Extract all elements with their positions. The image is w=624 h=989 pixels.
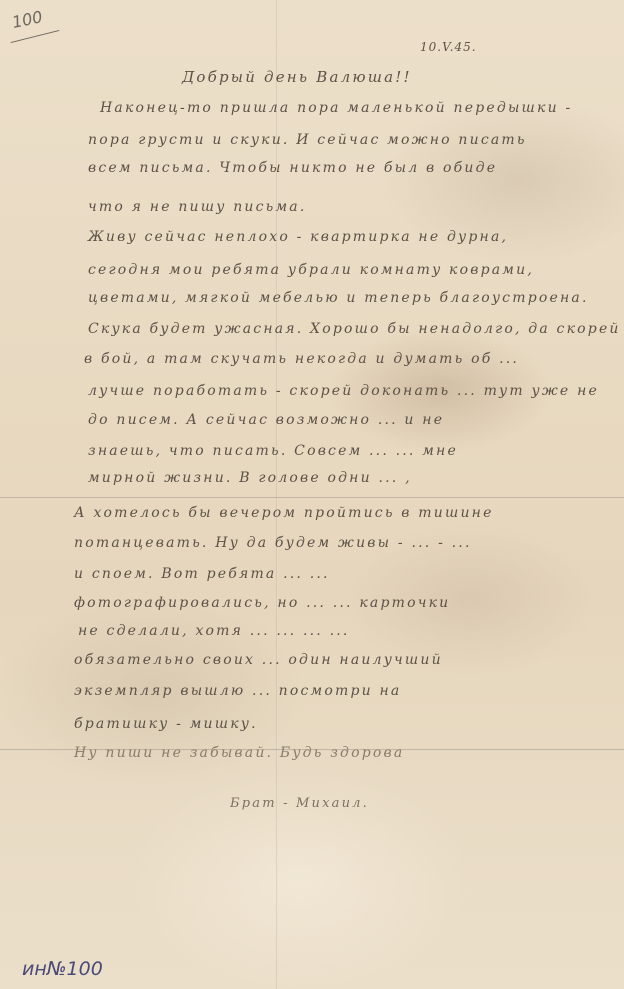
letter-line: всем письма. Чтобы никто не был в обиде xyxy=(88,160,497,176)
letter-line: Наконец-то пришла пора маленькой передыш… xyxy=(100,100,572,116)
letter-line: потанцевать. Ну да будем живы - ... - ..… xyxy=(74,535,472,551)
letter-line: обязательно своих ... один наилучший xyxy=(74,652,443,668)
letter-line: фотографировались, но ... ... карточки xyxy=(74,595,450,611)
letter-line: экземпляр вышлю ... посмотри на xyxy=(74,683,401,699)
letter-line: не сделали, хотя ... ... ... ... xyxy=(78,623,350,639)
letter-line: что я не пишу письма. xyxy=(88,199,307,215)
letter-line: до писем. А сейчас возможно ... и не xyxy=(88,412,444,428)
letter-line: сегодня мои ребята убрали комнату коврам… xyxy=(88,262,534,278)
letter-line: Скука будет ужасная. Хорошо бы ненадолго… xyxy=(88,321,624,337)
fold-crease-horizontal xyxy=(0,497,624,499)
letter-line: Ну пиши не забывай. Будь здорова xyxy=(74,745,404,761)
archive-number: 100 xyxy=(10,7,44,32)
letter-line: в бой, а там скучать некогда и думать об… xyxy=(84,351,519,367)
letter-line: лучше поработать - скорей доконать ... т… xyxy=(88,383,599,399)
archive-number-underline xyxy=(11,30,60,43)
letter-line: цветами, мягкой мебелью и теперь благоус… xyxy=(88,290,589,306)
letter-date: 10.V.45. xyxy=(420,40,477,54)
letter-greeting: Добрый день Валюша!! xyxy=(182,68,412,86)
inventory-stamp: ин№100 xyxy=(22,958,103,980)
letter-line: и споем. Вот ребята ... ... xyxy=(74,566,330,582)
letter-line: А хотелось бы вечером пройтись в тишине xyxy=(74,505,494,521)
letter-page: 100 10.V.45. Добрый день Валюша!! Наконе… xyxy=(0,0,624,989)
letter-line: пора грусти и скуки. И сейчас можно писа… xyxy=(88,132,527,148)
letter-signature: Брат - Михаил. xyxy=(230,796,369,811)
letter-line: братишку - мишку. xyxy=(74,716,258,732)
fold-crease-vertical xyxy=(276,0,278,989)
letter-line: знаешь, что писать. Совсем ... ... мне xyxy=(88,443,458,459)
letter-line: мирной жизни. В голове одни ... , xyxy=(88,470,412,486)
letter-line: Живу сейчас неплохо - квартирка не дурна… xyxy=(88,229,508,245)
